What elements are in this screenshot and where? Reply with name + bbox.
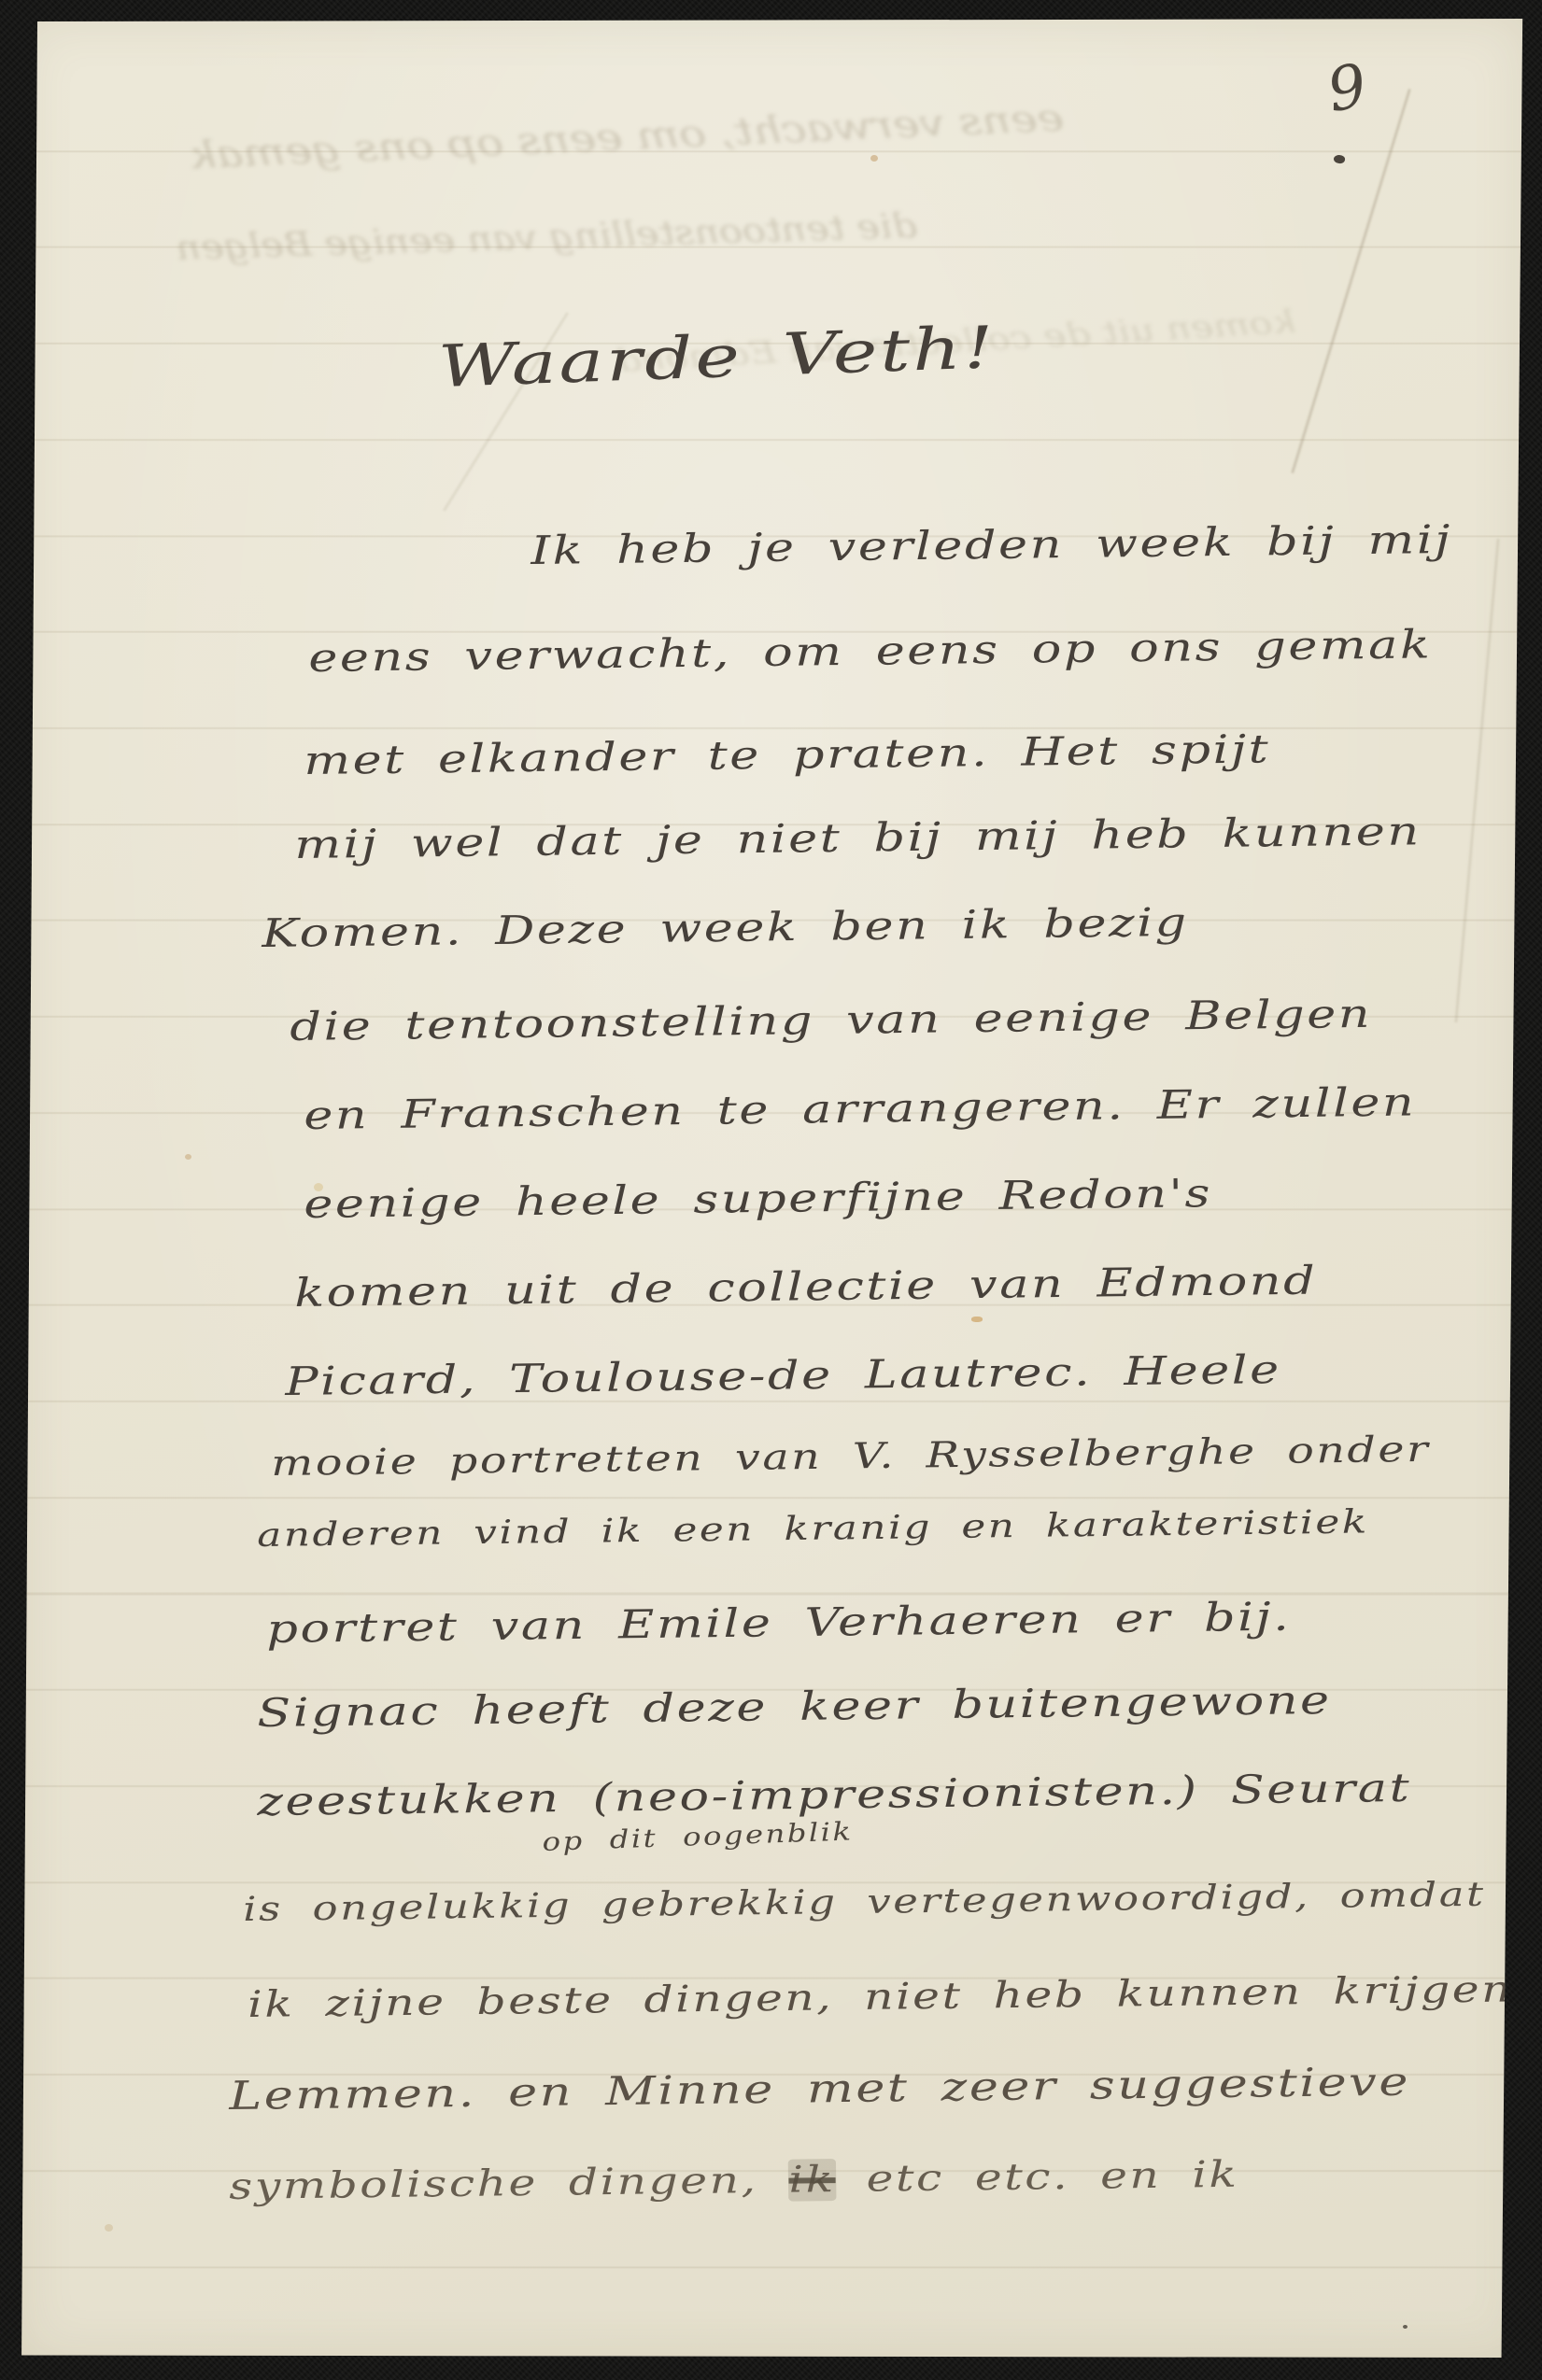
ink-dot [1333, 154, 1346, 165]
letter-line: Signac heeft deze keer buitengewone [257, 1677, 1332, 1736]
letter-line: zeestukken (neo-impressionisten.) Seurat [257, 1765, 1411, 1824]
letter-line: Lemmen. en Minne met zeer suggestieve [229, 2059, 1410, 2119]
letter-line: mij wel dat je niet bij mij heb kunnen [294, 808, 1422, 867]
letter-line-with-strikethrough: symbolische dingen, ik etc etc. en ik [229, 2154, 1239, 2208]
letter-line-fragment: etc etc. en ik [835, 2154, 1238, 2201]
bleed-through-streak [1291, 89, 1411, 473]
letter-line: anderen vind ik een kranig en karakteris… [257, 1503, 1369, 1555]
letter-line: ik zijne beste dingen, niet heb kunnen k… [248, 1968, 1530, 2026]
letter-line-fragment: symbolische dingen, [229, 2160, 789, 2208]
letter-line: eenige heele superfijne Redon's [304, 1170, 1212, 1227]
letter-line: en Franschen te arrangeren. Er zullen [304, 1078, 1416, 1138]
salutation: Waarde Veth! [437, 313, 997, 401]
bleed-through-text: die tentoonstelling van eenige Belgen [176, 207, 918, 268]
letter-line: Komen. Deze week ben ik bezig [262, 899, 1189, 956]
foxing-spot [185, 1154, 191, 1160]
letter-line: die tentoonstelling van eenige Belgen [290, 991, 1372, 1049]
bleed-through-text: eens verwacht, om eens op ons gemak [188, 97, 1065, 178]
letter-line: Picard, Toulouse-de Lautrec. Heele [285, 1346, 1281, 1404]
ink-speck [1403, 2325, 1408, 2329]
interlinear-insertion: op dit oogenblik [542, 1817, 854, 1857]
page-number-mark: 9 [1323, 51, 1374, 126]
scanned-letter-page: { "document": { "kind": "handwritten let… [0, 0, 1542, 2380]
foxing-spot [105, 2224, 113, 2232]
letter-line: eens verwacht, om eens op ons gemak [308, 621, 1433, 681]
letter-line: is ongelukkig gebrekkig vertegenwoordigd… [243, 1876, 1486, 1929]
struck-out-word: ik [788, 2159, 836, 2202]
letter-line: met elkander te praten. Het spijt [304, 725, 1270, 783]
letter-line: portret van Emile Verhaeren er bij. [266, 1594, 1292, 1652]
foxing-spot [870, 155, 878, 162]
letter-line: mooie portretten van V. Rysselberghe ond… [271, 1429, 1430, 1484]
bleed-through-streak [1454, 539, 1499, 1022]
letter-paper-sheet: eens verwacht, om eens op ons gemak die … [19, 15, 1527, 2362]
foxing-spot [971, 1317, 983, 1322]
letter-line: komen uit de collectie van Edmond [294, 1258, 1317, 1316]
letter-line: Ik heb je verleden week bij mij [531, 516, 1452, 573]
